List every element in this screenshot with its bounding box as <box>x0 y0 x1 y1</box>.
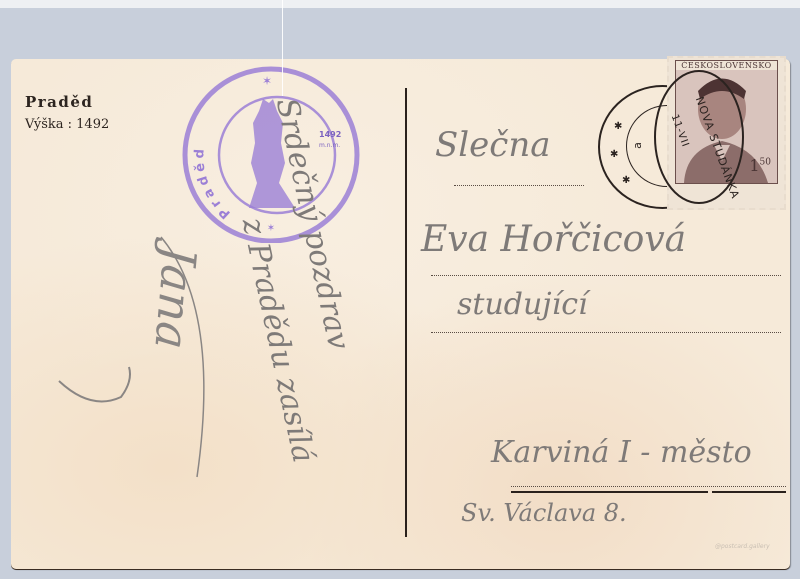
signature-flourish <box>11 59 790 569</box>
scan-hairline <box>282 0 283 96</box>
postcard: Praděd Výška : 1492 ✶ ✶ 1492 m.n.m. Prad… <box>11 59 790 569</box>
scan-top-edge <box>0 0 800 8</box>
watermark: @postcard.gallery <box>715 543 770 550</box>
